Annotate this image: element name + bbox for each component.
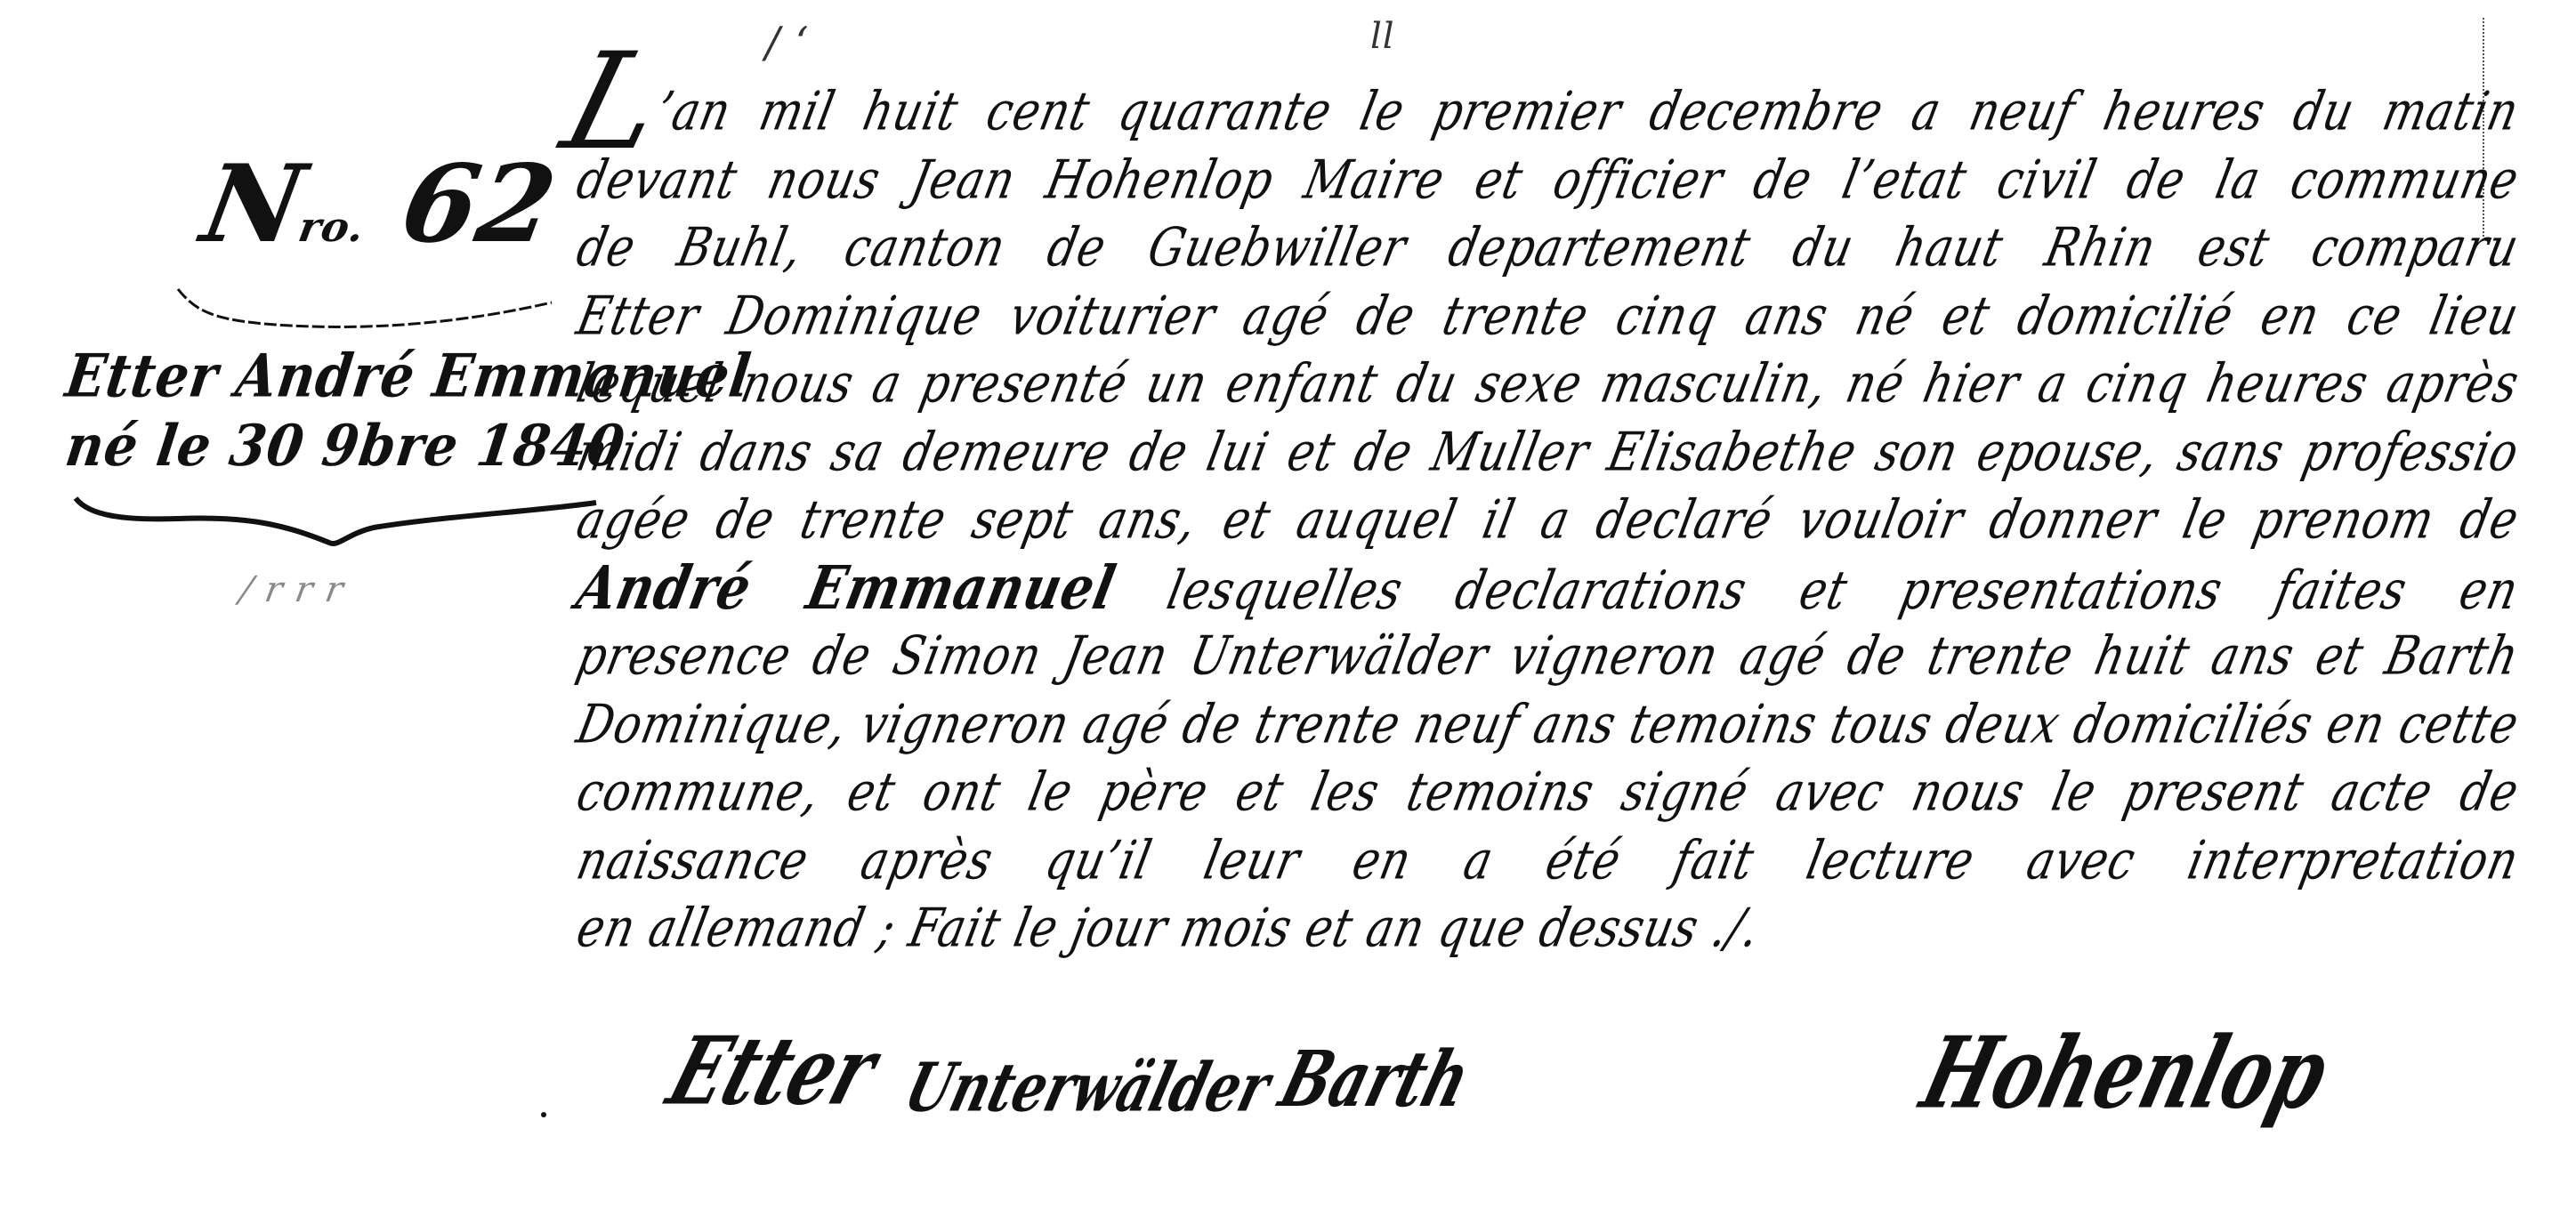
signature-block: Etter Unterwälder Barth Hohenlop [0,1050,2576,1174]
signature-mayor: Hohenlop [1913,1024,2337,1123]
signature-father: Etter [658,1026,886,1119]
document-page: / ‘ ll Nro.62 Etter André Emmanuel né le… [0,0,2576,1217]
margin-flourish-top [169,285,561,329]
top-page-mark: ll [1370,16,1395,57]
child-given-names: André Emmanuel [570,552,1121,623]
record-number-abbr: ro. [295,203,369,251]
margin-birth-date: né le 30 9bre 1840 [62,417,628,474]
margin-faint-pencil-note: / r r r [237,569,347,610]
top-pencil-mark: / ‘ [765,18,810,68]
record-number: Nro.62 [195,151,563,258]
margin-flourish-bottom [71,494,605,556]
record-line-13: en allemand ; Fait le jour mois et an qu… [569,888,2527,970]
record-number-value: 62 [392,141,565,267]
signature-witness-2: Barth [1272,1043,1477,1119]
ink-dot [541,1112,546,1117]
record-body: ’an mil huit cent quarante le premier de… [569,85,2509,970]
signature-witness-1: Unterwälder [899,1054,1277,1121]
